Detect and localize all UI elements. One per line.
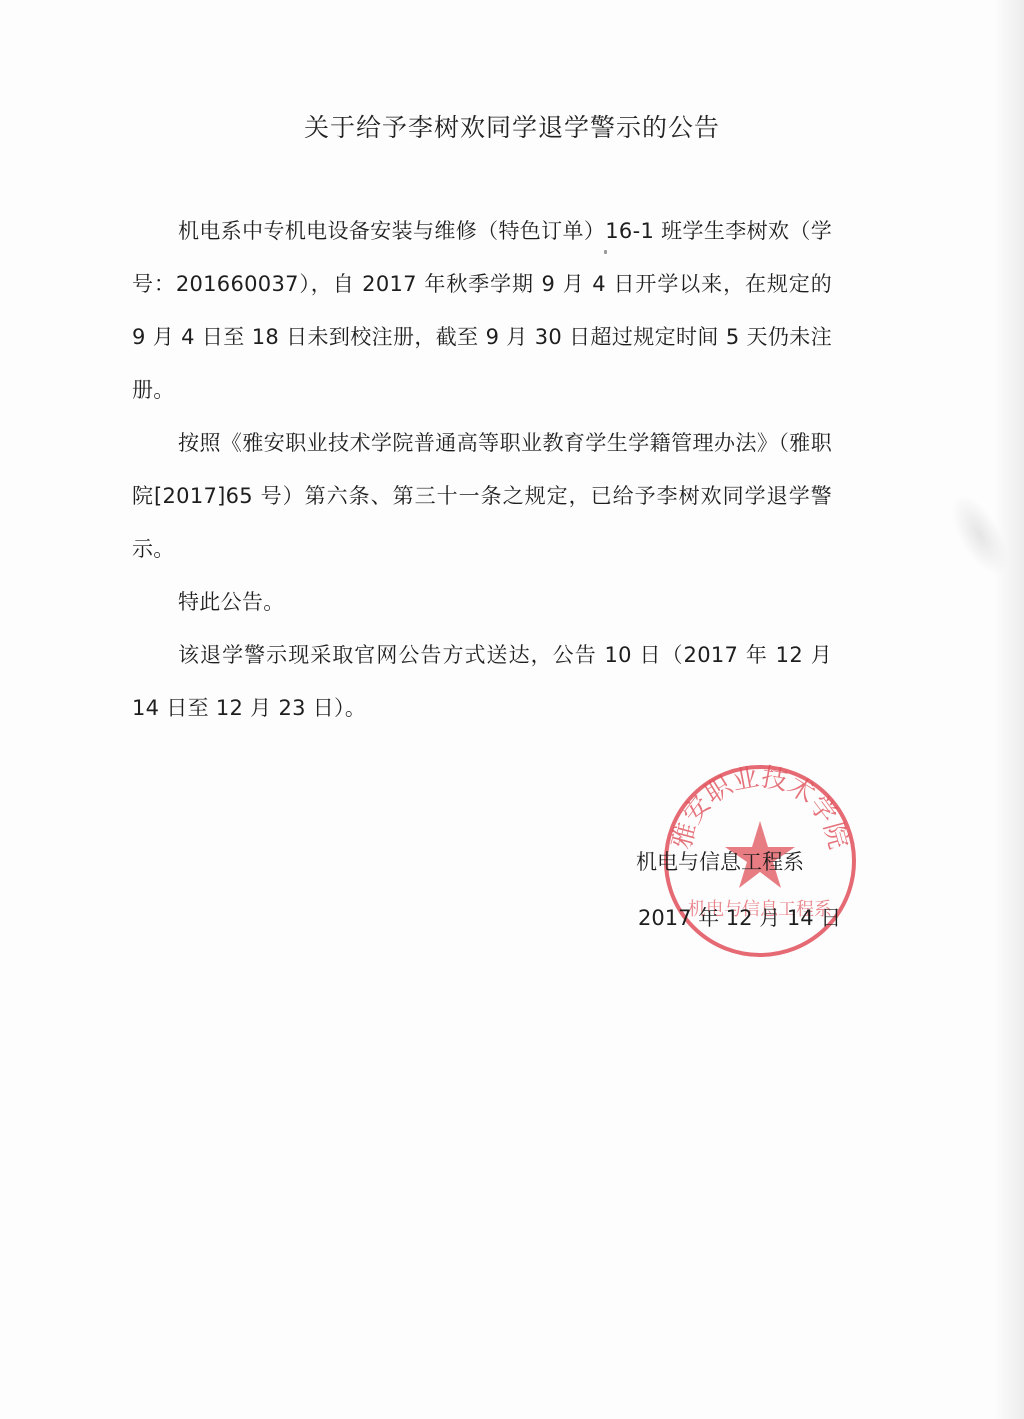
paragraph-student-info: 机电系中专机电设备安装与维修（特色订单）16-1 班学生李树欢（学号：20166… bbox=[132, 205, 832, 417]
paragraph-announcement: 特此公告。 bbox=[132, 576, 832, 629]
paragraph-regulation: 按照《雅安职业技术学院普通高等职业教育学生学籍管理办法》（雅职院[2017]65… bbox=[132, 417, 832, 576]
signature-date: 2017 年 12 月 14 日 bbox=[638, 902, 841, 932]
scan-page-edge bbox=[994, 0, 1024, 1419]
paragraph-delivery: 该退学警示现采取官网公告方式送达，公告 10 日（2017 年 12 月 14 … bbox=[132, 629, 832, 735]
document-title: 关于给予李树欢同学退学警示的公告 bbox=[0, 108, 1024, 144]
signature-department: 机电与信息工程系 bbox=[636, 846, 804, 876]
